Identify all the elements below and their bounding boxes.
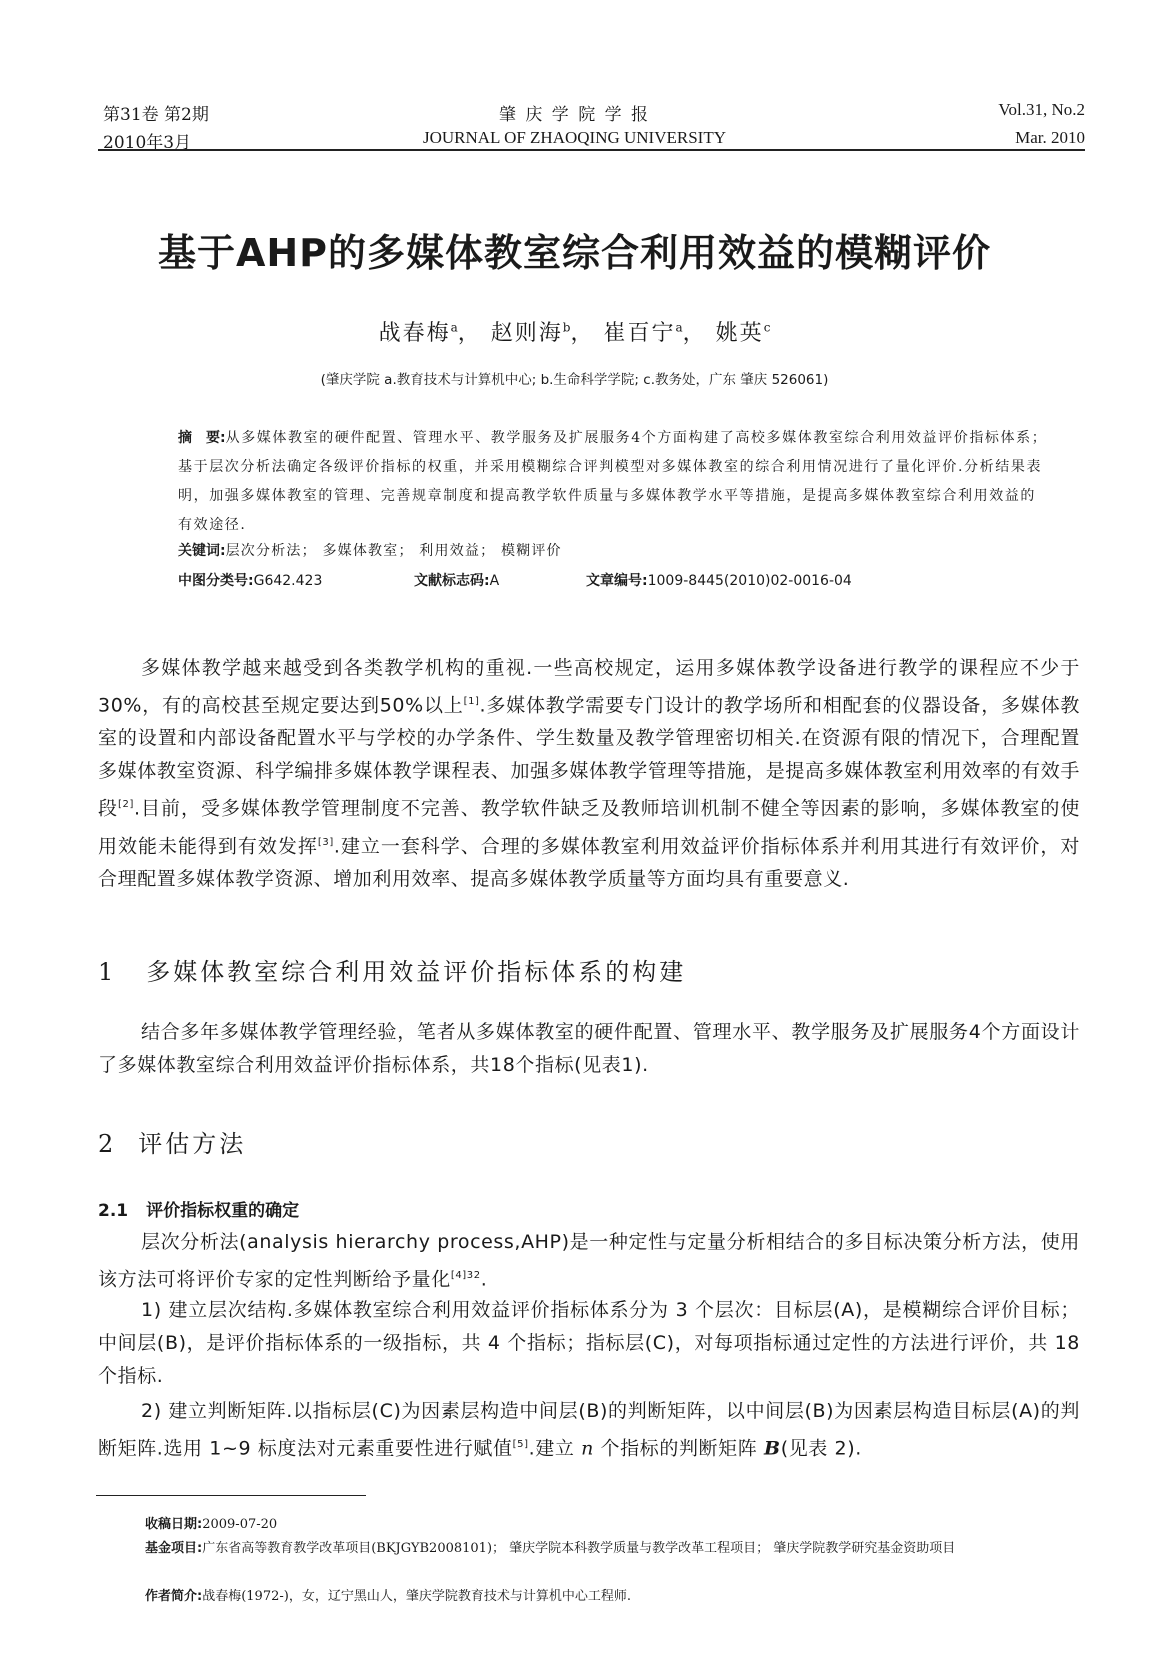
section-1-heading: 1多媒体教室综合利用效益评价指标体系的构建 xyxy=(98,952,686,987)
author-affiliation-mark: a xyxy=(676,321,683,335)
author-separator: ， xyxy=(683,321,707,346)
intro-paragraph: 多媒体教学越来越受到各类教学机构的重视.一些高校规定，运用多媒体教学设备进行教学… xyxy=(98,652,1080,896)
paragraph-text: 层次分析法(analysis hierarchy process,AHP)是一种… xyxy=(98,1231,1080,1290)
keywords-text: 层次分析法； 多媒体教室； 利用效益； 模糊评价 xyxy=(226,543,562,559)
footnote-value: 战春梅(1972-)，女，辽宁黑山人，肇庆学院教育技术与计算机中心工程师. xyxy=(202,1589,631,1604)
paragraph-text: 个指标的判断矩阵 xyxy=(594,1437,764,1459)
footnote-rule xyxy=(96,1495,366,1496)
doc-code-label: 文献标志码 xyxy=(414,573,484,589)
author-name: 战春梅 xyxy=(379,321,451,346)
subsection-number: 2.1 xyxy=(98,1201,128,1221)
clc-number: 中图分类号:G642.423 xyxy=(178,570,322,590)
citation[interactable]: [1] xyxy=(464,696,480,707)
section-number: 1 xyxy=(98,958,116,986)
footnote-fund: 基金项目:广东省高等教育教学改革项目(BKJGYB2008101)； 肇庆学院本… xyxy=(145,1537,1065,1561)
math-n: n xyxy=(581,1437,594,1459)
citation[interactable]: [3] xyxy=(318,837,334,848)
article-id-value: 1009-8445(2010)02-0016-04 xyxy=(648,573,852,589)
keywords-label: 关键词 xyxy=(178,543,220,559)
author-separator: ， xyxy=(570,321,594,346)
doc-code-value: A xyxy=(490,573,500,589)
footnote-label: 作者简介 xyxy=(145,1589,197,1604)
article-id: 文章编号:1009-8445(2010)02-0016-04 xyxy=(586,570,852,590)
citation[interactable]: [5] xyxy=(513,1439,529,1450)
paragraph-text: . xyxy=(481,1268,488,1290)
footnote-label: 基金项目 xyxy=(145,1541,197,1556)
author-name: 赵则海 xyxy=(491,321,563,346)
abstract: 摘 要:从多媒体教室的硬件配置、管理水平、教学服务及扩展服务4个方面构建了高校多… xyxy=(178,424,1048,540)
author-list: 战春梅a， 赵则海b， 崔百宁a， 姚英c xyxy=(0,316,1149,347)
author-name: 崔百宁 xyxy=(603,321,675,346)
abstract-label: 摘 要 xyxy=(178,430,220,446)
clc-value: G642.423 xyxy=(254,573,323,589)
document-code: 文献标志码:A xyxy=(414,570,499,590)
subsection-title: 评价指标权重的确定 xyxy=(146,1201,299,1221)
section-2-heading: 2评估方法 xyxy=(98,1124,246,1159)
clc-label: 中图分类号 xyxy=(178,573,248,589)
affiliation: (肇庆学院 a.教育技术与计算机中心; b.生命科学学院; c.教务处，广东 肇… xyxy=(0,368,1149,388)
section-number: 2 xyxy=(98,1130,116,1158)
abstract-text: 从多媒体教室的硬件配置、管理水平、教学服务及扩展服务4个方面构建了高校多媒体教室… xyxy=(178,430,1047,533)
footnote-label: 收稿日期 xyxy=(145,1517,197,1532)
paragraph-text: (见表 2). xyxy=(781,1437,862,1459)
section-title: 评估方法 xyxy=(138,1130,246,1158)
ahp-intro-paragraph: 层次分析法(analysis hierarchy process,AHP)是一种… xyxy=(98,1226,1080,1296)
footnote-author: 作者简介:战春梅(1972-)，女，辽宁黑山人，肇庆学院教育技术与计算机中心工程… xyxy=(145,1585,1065,1609)
step-1-paragraph: 1) 建立层次结构.多媒体教室综合利用效益评价指标体系分为 3 个层次：目标层(… xyxy=(98,1294,1080,1393)
author-separator: ， xyxy=(458,321,482,346)
article-title: 基于AHP的多媒体教室综合利用效益的模糊评价 xyxy=(0,222,1149,277)
section-1-paragraph: 结合多年多媒体教学管理经验，笔者从多媒体教室的硬件配置、管理水平、教学服务及扩展… xyxy=(98,1016,1080,1082)
paragraph-text: .建立 xyxy=(529,1437,581,1459)
header-journal-en: JOURNAL OF ZHAOQING UNIVERSITY xyxy=(0,128,1149,148)
citation[interactable]: [4]32 xyxy=(451,1270,481,1281)
section-title: 多媒体教室综合利用效益评价指标体系的构建 xyxy=(146,958,686,986)
article-id-label: 文章编号 xyxy=(586,573,642,589)
header-rule xyxy=(98,149,1085,151)
footnote-value: 广东省高等教育教学改革项目(BKJGYB2008101)； 肇庆学院本科教学质量… xyxy=(202,1541,955,1556)
keywords: 关键词:层次分析法； 多媒体教室； 利用效益； 模糊评价 xyxy=(178,540,562,560)
author-affiliation-mark: c xyxy=(764,321,771,335)
citation[interactable]: [2] xyxy=(118,799,134,810)
header-journal-cn: 肇 庆 学 院 学 报 xyxy=(0,100,1149,125)
step-2-paragraph: 2) 建立判断矩阵.以指标层(C)为因素层构造中间层(B)的判断矩阵，以中间层(… xyxy=(98,1395,1080,1465)
footnote-received: 收稿日期:2009-07-20 xyxy=(145,1513,1065,1537)
math-matrix-B: B xyxy=(764,1437,781,1459)
header-date-en: Mar. 2010 xyxy=(1015,128,1085,148)
author-affiliation-mark: a xyxy=(451,321,458,335)
header-volume-issue-en: Vol.31, No.2 xyxy=(998,100,1085,120)
subsection-2-1-heading: 2.1评价指标权重的确定 xyxy=(98,1196,299,1221)
author-name: 姚英 xyxy=(716,321,764,346)
footnote-value: 2009-07-20 xyxy=(202,1517,277,1532)
